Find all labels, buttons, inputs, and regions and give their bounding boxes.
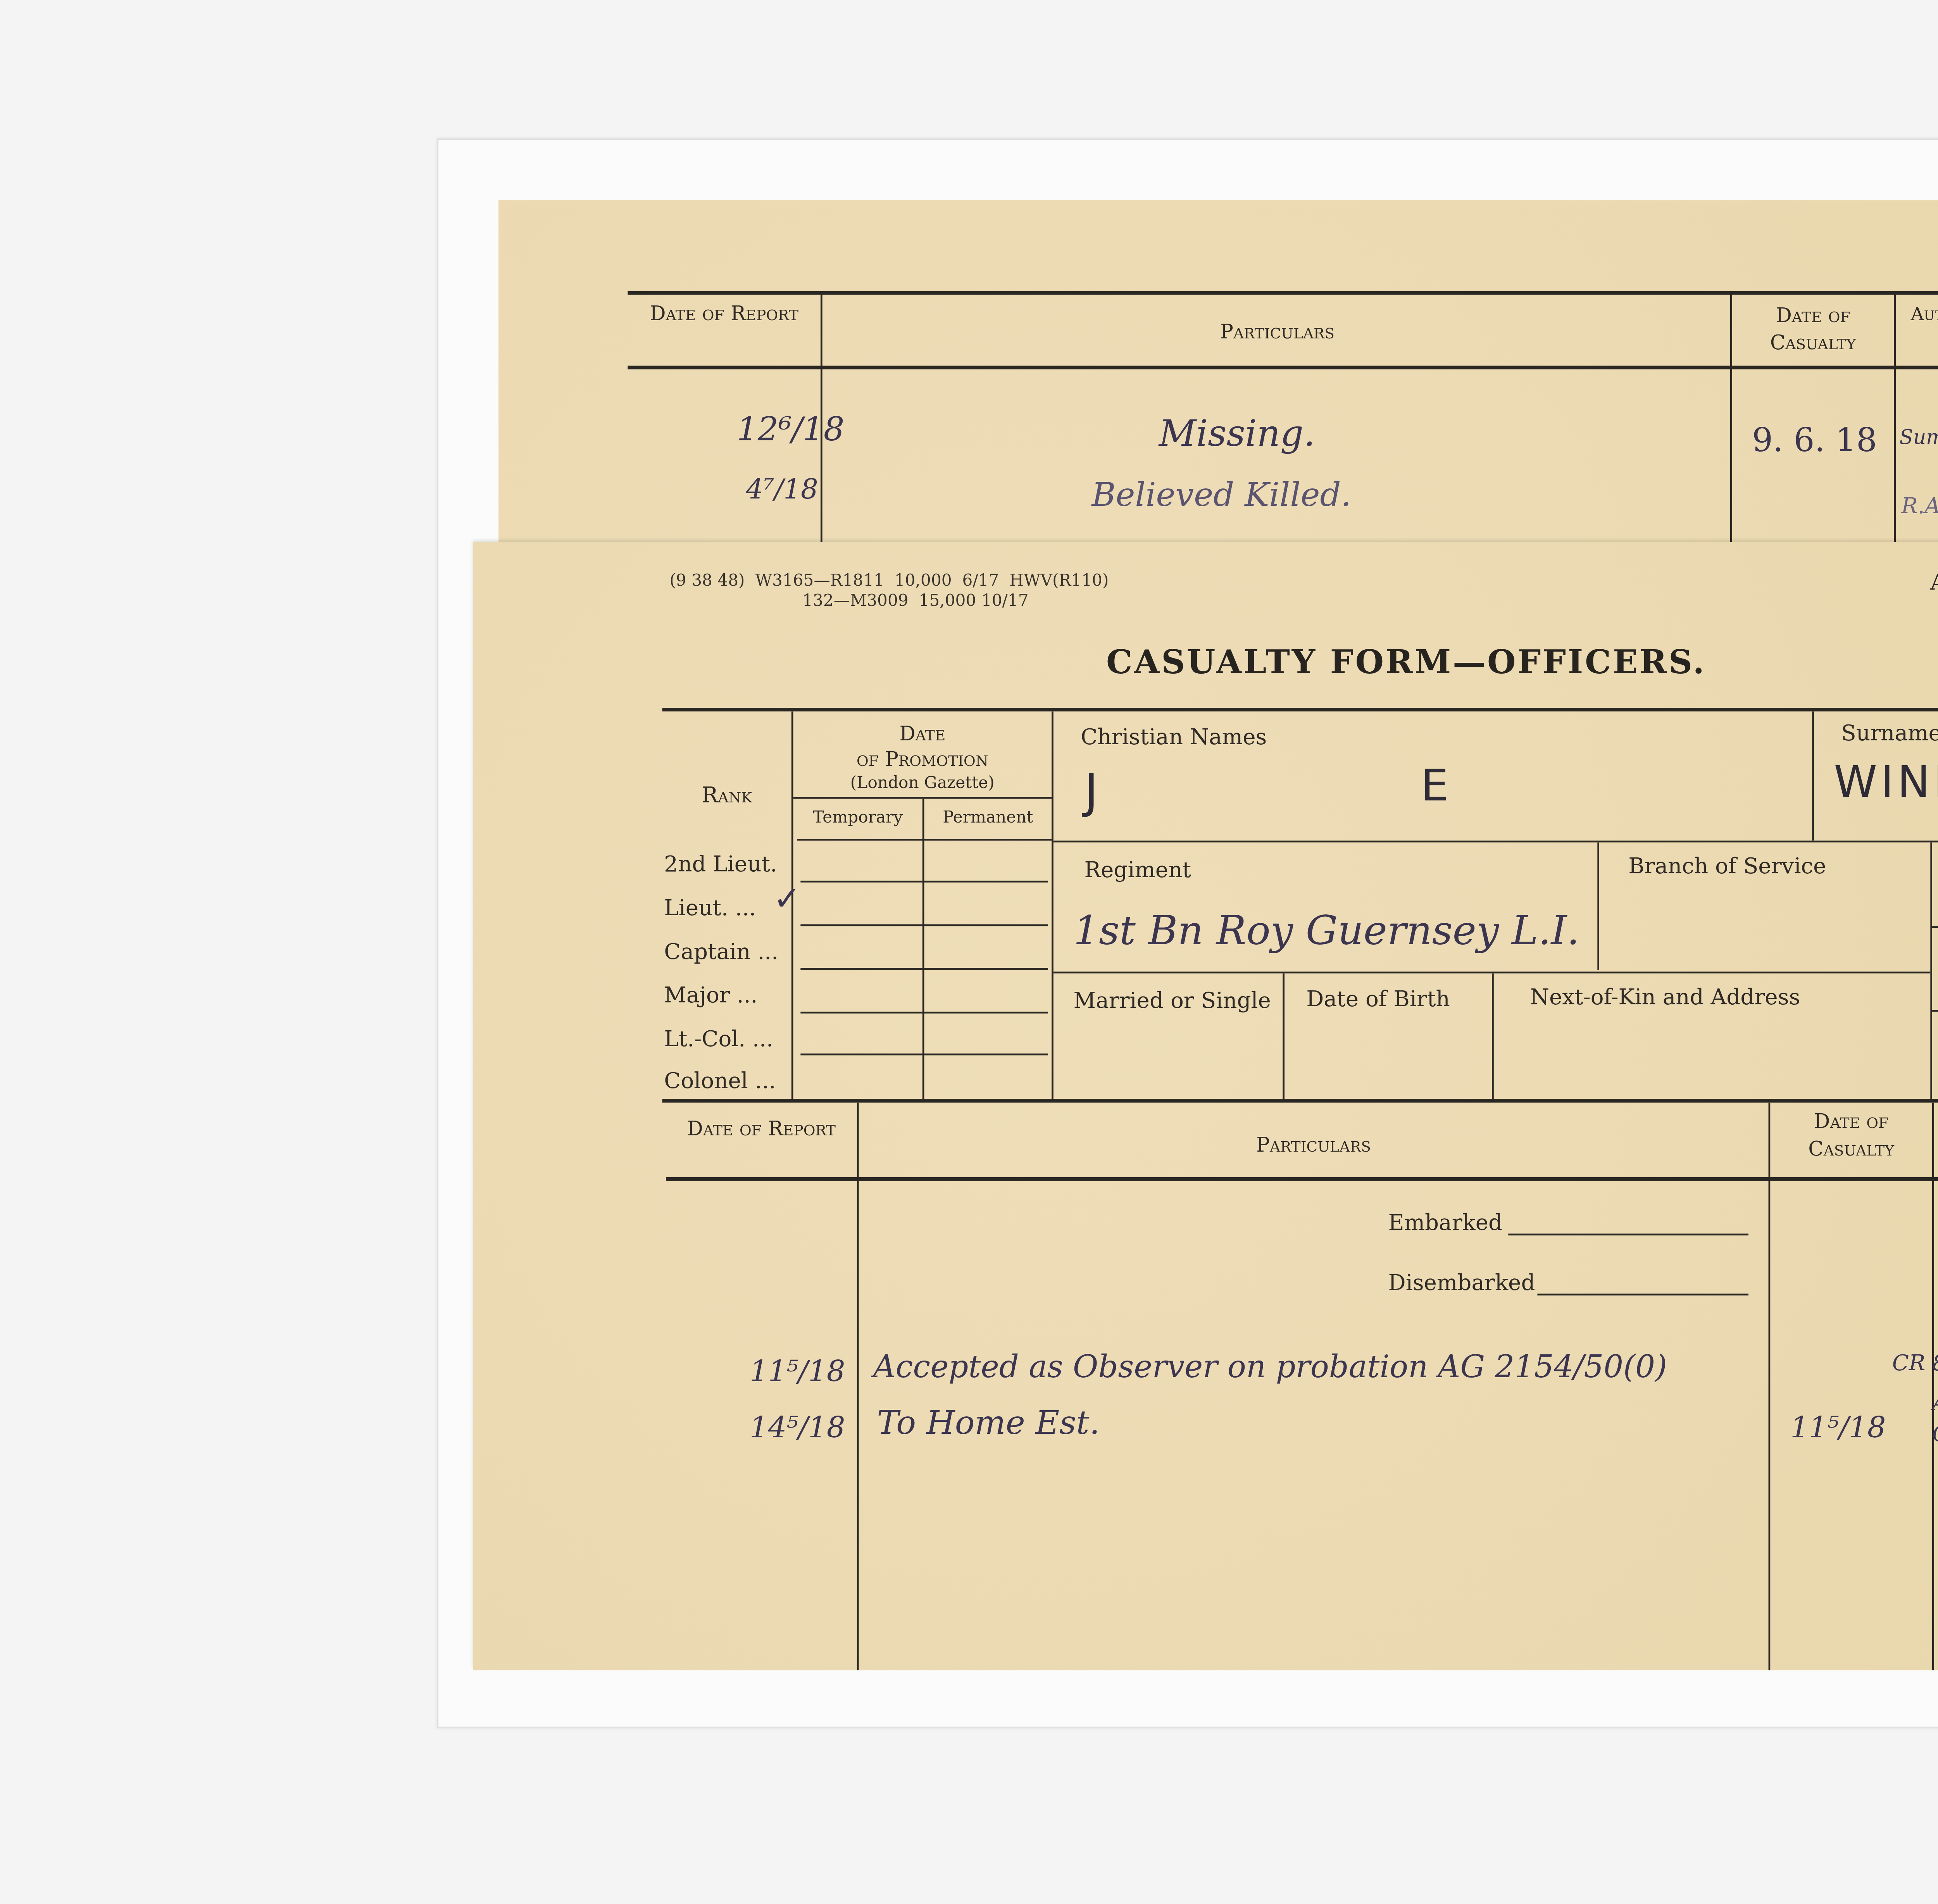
casualty-entry-3-authority: CR 8174/757B dd 20/5/18 — [1932, 1421, 1938, 1447]
rank-captain: Captain ... — [664, 939, 778, 964]
casualty-header-date-of-report: Date of Report — [666, 1115, 857, 1142]
casualty-entry-1-date: 11⁵/18 — [750, 1354, 845, 1388]
rank-lieut: Lieut. ... — [664, 895, 756, 921]
married-dob-divider — [1283, 973, 1285, 1099]
surname-label: Surname — [1841, 721, 1938, 746]
christian-name-initial-1: J — [1085, 766, 1102, 821]
promotion-header-3: (London Gazette) — [793, 771, 1052, 799]
regiment-branch-divider — [1597, 842, 1599, 970]
grid-top-rule — [662, 708, 1938, 711]
disembarked-label: Disembarked — [1388, 1270, 1535, 1295]
print-code-line-2: 132—M3009 15,000 10/17 — [802, 592, 1029, 613]
rank-lieut-checkmark: ✓ — [773, 881, 801, 919]
back-entry-2-authority: R.A.F. 1537(A) — [1901, 493, 1938, 519]
regiment-label: Regiment — [1085, 857, 1191, 883]
back-header-bottom-rule — [628, 366, 1938, 369]
embarked-underline — [1508, 1234, 1748, 1236]
casualty-col-divider-1 — [857, 1103, 859, 1671]
branch-agent-divider — [1930, 842, 1932, 1099]
back-entry-1-particulars: Missing. — [1159, 411, 1315, 455]
back-header-particulars: Particulars — [822, 318, 1732, 345]
back-entry-1-date: 12⁶/18 — [737, 411, 844, 450]
dob-nok-divider — [1492, 973, 1494, 1099]
casualty-header-particulars: Particulars — [859, 1132, 1769, 1159]
back-entry-2-particulars: Believed Killed. — [1091, 477, 1351, 515]
back-entry-1-casualty-date: 9. 6. 18 — [1752, 422, 1877, 460]
names-surname-divider — [1812, 711, 1814, 840]
promotion-row-rule-4 — [800, 1012, 1048, 1014]
temporary-header: Temporary — [793, 806, 922, 833]
promotion-header-2: of Promotion — [793, 746, 1052, 773]
surname-value: WINDRUM — [1834, 757, 1938, 808]
joining-bottom-rule — [1932, 1010, 1938, 1012]
disembarked-underline — [1537, 1293, 1748, 1295]
rank-lt-col: Lt.-Col. ... — [664, 1026, 773, 1052]
back-entry-2-date: 4⁷/18 — [746, 473, 818, 505]
casualty-entry-2-authority: AG 2155/150(0) — [1932, 1390, 1938, 1416]
regiment-value: 1st Bn Roy Guernsey L.I. — [1073, 910, 1579, 955]
casualty-col-divider-2 — [1769, 1103, 1771, 1671]
promotion-row-rule-2 — [800, 924, 1048, 926]
christian-name-initial-2: E — [1421, 761, 1452, 811]
rank-colonel: Colonel ... — [664, 1068, 776, 1093]
next-of-kin-label: Next-of-Kin and Address — [1530, 984, 1800, 1010]
form-title: CASUALTY FORM—OFFICERS. — [1106, 644, 1706, 683]
rank-major: Major ... — [664, 983, 757, 1008]
print-code-line-1: (9 38 48) W3165—R1811 10,000 6/17 HWV(R1… — [669, 571, 1109, 593]
casualty-entry-1-authority: CR 8174/78 dd 30/5/18 — [1892, 1350, 1938, 1376]
rank-header: Rank — [662, 782, 791, 809]
back-header-top-rule — [628, 291, 1938, 295]
promotion-row-rule-1 — [800, 881, 1048, 883]
back-header-authority: Authority and from whom received — [1896, 302, 1938, 357]
promotion-row-rule-5 — [800, 1054, 1048, 1055]
casualty-col-divider-3 — [1932, 1103, 1934, 1671]
promotion-row-rule-0 — [797, 839, 1052, 841]
christian-names-label: Christian Names — [1081, 724, 1267, 750]
permanent-header: Permanent — [924, 806, 1052, 833]
casualty-entry-2-particulars: To Home Est. — [877, 1405, 1100, 1443]
married-or-single-label: Married or Single — [1073, 988, 1271, 1014]
grid-bottom-rule — [662, 1099, 1938, 1102]
army-form-number: Army Form B.103c. — [1930, 569, 1938, 595]
document-stage: Date of Report Particulars Date of Casua… — [0, 0, 1938, 1903]
casualty-entry-1-particulars: Accepted as Observer on probation AG 215… — [873, 1350, 1667, 1387]
embarked-label: Embarked — [1388, 1210, 1503, 1236]
rank-2nd-lieut: 2nd Lieut. — [664, 852, 777, 877]
agent-bottom-rule — [1932, 926, 1938, 928]
date-of-birth-label: Date of Birth — [1306, 986, 1450, 1012]
back-header-date-of-report: Date of Report — [628, 300, 821, 328]
back-entry-1-authority: Summ. Y.J. Sdl. R.A.F. — [1900, 426, 1938, 449]
branch-of-service-label: Branch of Service — [1628, 853, 1826, 879]
casualty-header-date-of-casualty: Date of Casualty — [1770, 1108, 1932, 1163]
promotion-header-1: Date — [793, 721, 1052, 748]
promotion-row-rule-3 — [800, 968, 1048, 970]
casualty-header-authority: Authority and from whom received — [1934, 1108, 1938, 1163]
names-bottom-rule — [1053, 841, 1938, 843]
back-header-date-of-casualty: Date of Casualty — [1732, 302, 1894, 357]
promotion-divider — [1052, 711, 1053, 1099]
casualty-entry-2-date: 14⁵/18 — [750, 1410, 845, 1445]
casualty-entry-1-casualty-date: 11⁵/18 — [1790, 1410, 1886, 1445]
